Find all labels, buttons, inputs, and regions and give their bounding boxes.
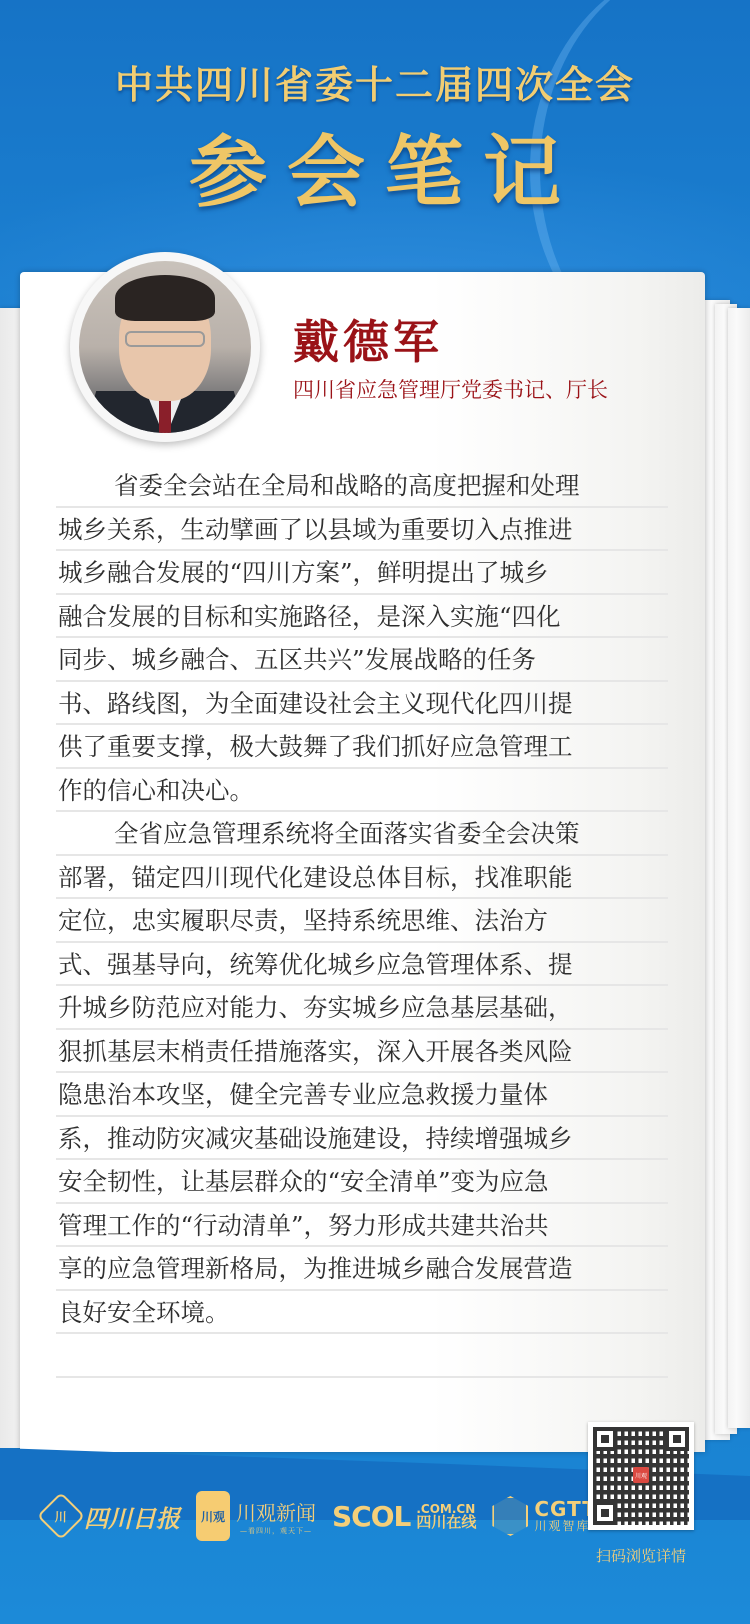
sichuan-daily-icon: 川 [37,1492,85,1540]
headline-meeting: 中共四川省委十二届四次全会 [0,54,750,109]
qr-center-logo-icon: 川观 [633,1467,649,1483]
headline-notes: 参会笔记 [0,110,750,222]
article-body: 省委全会站在全局和战略的高度把握和处理 城乡关系，生动擘画了以县域为重要切入点推… [56,464,668,1378]
logo-sichuan-daily[interactable]: 川 四川日报 [44,1499,180,1534]
article-line: 省委全会站在全局和战略的高度把握和处理 [56,464,668,508]
article-line: 作的信心和决心。 [56,769,668,813]
qr-finder-icon [593,1427,617,1451]
portrait-tie [159,401,171,433]
avatar [70,252,260,442]
portrait-hair [115,275,215,321]
article-line-blank [56,1334,668,1378]
article-line: 部署，锚定四川现代化建设总体目标，找准职能 [56,856,668,900]
qr-finder-icon [593,1501,617,1525]
article-line: 全省应急管理系统将全面落实省委全会决策 [56,812,668,856]
logo-chuanguan-news[interactable]: 川观 川观新闻 —看四川，观天下— [196,1491,316,1541]
article-line: 同步、城乡融合、五区共兴”发展战略的任务 [56,638,668,682]
article-line: 融合发展的目标和实施路径，是深入实施“四化 [56,595,668,639]
qr-code[interactable]: 川观 [588,1422,694,1530]
chuanguan-app-icon: 川观 [196,1491,230,1541]
person-position: 四川省应急管理厅党委书记、厅长 [293,374,608,404]
book-page-right-edge [728,308,750,1428]
logo-scol[interactable]: SCOL .COM.CN 四川在线 [332,1500,476,1533]
cgtt-cube-icon [492,1496,528,1536]
qr-caption: 扫码浏览详情 [586,1545,696,1566]
article-line: 书、路线图，为全面建设社会主义现代化四川提 [56,682,668,726]
logo-cgtt[interactable]: CGTT 川观智库 [492,1496,597,1536]
article-line: 安全韧性，让基层群众的“安全清单”变为应急 [56,1160,668,1204]
article-line: 管理工作的“行动清单”，努力形成共建共治共 [56,1204,668,1248]
article-line: 式、强基导向，统筹优化城乡应急管理体系、提 [56,943,668,987]
article-line: 系，推动防灾减灾基础设施建设，持续增强城乡 [56,1117,668,1161]
article-line: 升城乡防范应对能力、夯实城乡应急基层基础， [56,986,668,1030]
portrait-glasses [125,331,205,347]
article-line: 城乡融合发展的“四川方案”，鲜明提出了城乡 [56,551,668,595]
qr-pattern: 川观 [593,1427,689,1525]
person-name: 戴德军 [293,306,443,372]
article-line: 城乡关系，生动擘画了以县域为重要切入点推进 [56,508,668,552]
article-line: 享的应急管理新格局，为推进城乡融合发展营造 [56,1247,668,1291]
partner-logos: 川 四川日报 川观 川观新闻 —看四川，观天下— SCOL .COM.CN 四川… [44,1486,597,1546]
article-line: 良好安全环境。 [56,1291,668,1335]
article-line: 狠抓基层末梢责任措施落实，深入开展各类风险 [56,1030,668,1074]
article-line: 供了重要支撑，极大鼓舞了我们抓好应急管理工 [56,725,668,769]
portrait-photo [79,261,251,433]
article-line: 隐患治本攻坚，健全完善专业应急救援力量体 [56,1073,668,1117]
article-line: 定位，忠实履职尽责，坚持系统思维、法治方 [56,899,668,943]
qr-finder-icon [665,1427,689,1451]
